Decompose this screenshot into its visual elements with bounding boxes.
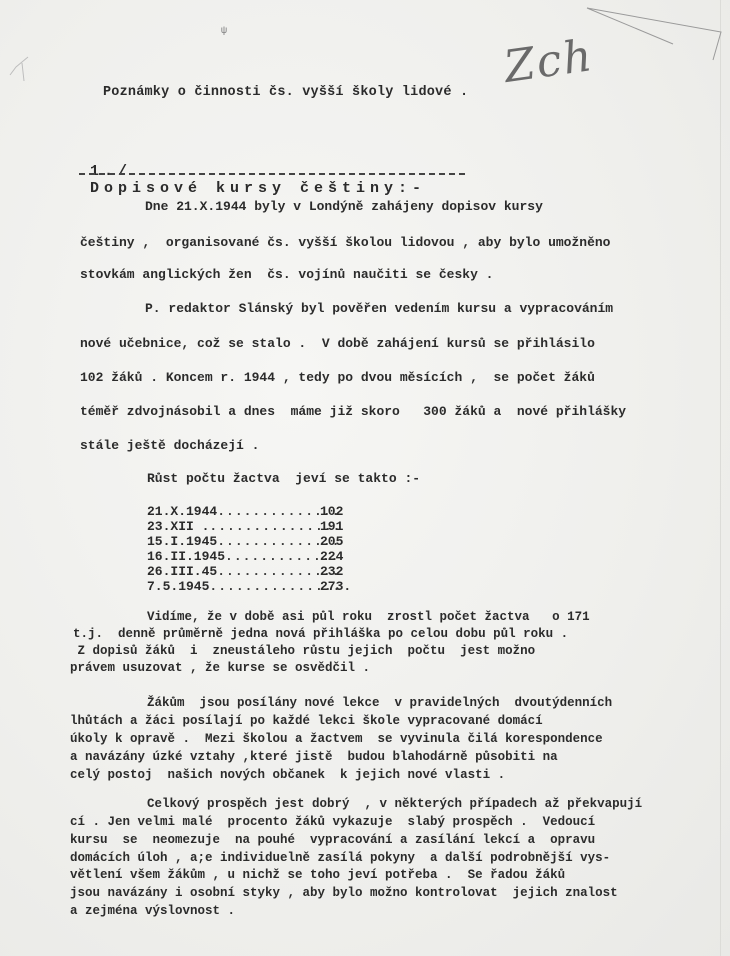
- table-row: 23.XII ................: [147, 519, 341, 534]
- table-count: 205: [320, 534, 343, 549]
- table-row: 26.III.45..............: [147, 564, 340, 579]
- table-count: 102: [320, 504, 343, 519]
- paragraph-5-line: a navázány úzké vztahy ,které jistě budo…: [70, 750, 558, 764]
- table-date: 26.III.45: [147, 564, 217, 579]
- paragraph-6-line: a zejména výslovnost .: [70, 904, 235, 918]
- paragraph-2-line: nové učebnice, což se stalo . V době zah…: [80, 336, 595, 351]
- paragraph-6-line: Celkový prospěch jest dobrý , v některýc…: [147, 797, 642, 811]
- stray-mark: ψ: [221, 26, 227, 37]
- paragraph-6-line: domácích úloh , a;e individuelně zasílá …: [70, 851, 610, 865]
- section-underline: [79, 173, 465, 175]
- table-row: 16.II.1945.............: [147, 549, 339, 564]
- table-count: 191: [320, 519, 343, 534]
- table-date: 15.I.1945: [147, 534, 217, 549]
- paragraph-1-line: stovkám anglických žen čs. vojínů naučit…: [80, 267, 493, 282]
- table-row: 15.I.1945..............: [147, 534, 340, 549]
- paragraph-4-line: Vidíme, že v době asi půl roku zrostl po…: [147, 610, 590, 624]
- paragraph-4-line: t.j. denně průměrně jedna nová přihláška…: [73, 627, 568, 641]
- table-date: 16.II.1945: [147, 549, 225, 564]
- table-date: 7.5.1945: [147, 579, 209, 594]
- table-date: 21.X.1944: [147, 504, 217, 519]
- table-row: 21.X.1944..............: [147, 504, 340, 519]
- paragraph-6-line: cí . Jen velmi malé procento žáků vykazu…: [70, 815, 595, 829]
- paragraph-6-line: větlení všem žákům , u nichž se toho jev…: [70, 868, 565, 882]
- paragraph-2-line: 102 žáků . Koncem r. 1944 , tedy po dvou…: [80, 370, 595, 385]
- section-number: 1./: [90, 163, 132, 180]
- document-title: Poznámky o činnosti čs. vyšší školy lido…: [103, 85, 468, 100]
- pencil-stroke-mark: [585, 4, 725, 64]
- table-count: 232: [320, 564, 343, 579]
- table-date: 23.XII .: [147, 519, 209, 534]
- paragraph-2-line: P. redaktor Slánský byl pověřen vedením …: [145, 301, 613, 316]
- paragraph-4-line: Z dopisů žáků i zneustáleho růstu jejich…: [70, 644, 535, 658]
- paragraph-2-line: stále ještě docházejí .: [80, 438, 259, 453]
- scanned-page: ψ Zch Poznámky o činnosti čs. vyšší škol…: [0, 0, 730, 956]
- paragraph-1-line: češtiny , organisované čs. vyšší školou …: [80, 235, 611, 250]
- section-title: Dopisové kursy češtiny:-: [90, 180, 426, 197]
- table-count: 224: [320, 549, 343, 564]
- paragraph-6-line: kursu se neomezuje na pouhé vypracování …: [70, 833, 595, 847]
- paragraph-5-line: celý postoj našich nových občanek k jeji…: [70, 768, 505, 782]
- page-edge-line: [720, 0, 721, 956]
- paragraph-1-line: Dne 21.X.1944 byly v Londýně zahájeny do…: [145, 199, 543, 214]
- table-row: 7.5.1945...............: [147, 579, 341, 594]
- paragraph-5-line: úkoly k opravě . Mezi školou a žactvem s…: [70, 732, 603, 746]
- growth-intro: Růst počtu žactva jeví se takto :-: [147, 471, 420, 486]
- paragraph-2-line: téměř zdvojnásobil a dnes máme již skoro…: [80, 404, 626, 419]
- table-count: 273.: [320, 579, 351, 594]
- paragraph-5-line: Žákům jsou posílány nové lekce v pravide…: [147, 696, 612, 710]
- paragraph-6-line: jsou navázány i osobní styky , aby bylo …: [70, 886, 618, 900]
- paragraph-5-line: lhůtách a žáci posílají po každé lekci š…: [70, 714, 543, 728]
- paragraph-4-line: právem usuzovat , že kurse se osvědčil .: [70, 661, 370, 675]
- margin-scribble: [6, 45, 46, 85]
- handwritten-annotation: Zch: [501, 30, 597, 93]
